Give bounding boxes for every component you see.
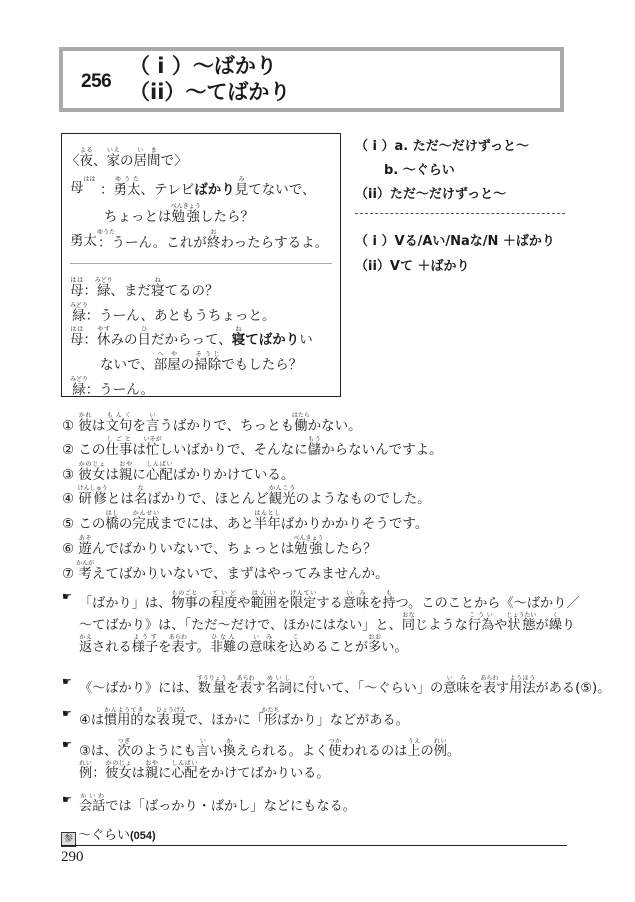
example-number: ⑤ bbox=[62, 516, 78, 532]
dialog-setting: 〈夜よる、家いえの居間いまで〉 bbox=[66, 147, 188, 169]
pointing-hand-icon: ☛ bbox=[62, 708, 72, 719]
meaning-i-b: b. ～ぐらい bbox=[384, 159, 455, 178]
example-sentence: ⑥ 遊あそんでばかりいないで、ちょっとは勉強べんきょうしたら？ bbox=[62, 535, 377, 557]
entry-title-line-2: （ii）～てばかり bbox=[129, 79, 290, 105]
dialog-line: 勇太ゆうた：うーん。これが終おわったらするよ。 bbox=[70, 229, 115, 249]
dialog-box: 〈夜よる、家いえの居間いまで〉 母はは：勇太ゆうた、テレビばかり見みてないで、 … bbox=[61, 133, 341, 397]
dialog-line: 母はは：休やすみの日ひだからって、寝ねてばかりい bbox=[70, 326, 313, 348]
example-sentence: ⑤ この橋はしの完成かんせいまでには、あと半年はんとしばかりかかりそうです。 bbox=[62, 510, 428, 532]
example-number: ③ bbox=[62, 467, 78, 483]
example-sentence: ④ 研修けんしゅうとは名なばかりで、ほとんど観光かんこうのようなものでした。 bbox=[62, 485, 431, 507]
note-line: 会話かいわでは「ばっかり・ばかし」などにもなる。 bbox=[79, 793, 356, 813]
form-i: （ i ）Vる/Aい/Naな/N ＋ばかり bbox=[355, 230, 555, 249]
example-sentence: ③ 彼女かのじょは親おやに心配しんぱいばかりかけている。 bbox=[62, 461, 294, 483]
dialog-line: 母はは：勇太ゆうた、テレビばかり見みてないで、 bbox=[70, 176, 96, 196]
note-line: 《～ばかり》には、数量すうりょうを表あらわす名詞めいしに付ついて、「～ぐらい」の… bbox=[79, 675, 610, 695]
example-sentence: ② この仕事しごとは忙いそがしいばかりで、そんなに儲もうからないんですよ。 bbox=[62, 436, 443, 458]
meaning-ii: （ii）ただ～だけずっと～ bbox=[355, 183, 506, 202]
dialog-line: 母はは：緑みどり、まだ寝ねてるの？ bbox=[70, 277, 219, 299]
form-ii: （ii）Vて ＋ばかり bbox=[355, 255, 470, 274]
note-line: 例れい：彼女かのじょは親おやに心配しんぱいをかけてばかりいる。 bbox=[79, 760, 330, 780]
example-sentence: ① 彼かれは文句もんくを言いうばかりで、ちっとも働はたらかない。 bbox=[62, 412, 362, 434]
note-line: 「ばかり」は、物事ものごとの程度ていどや範囲はんいを限定げんていする意味いみを持… bbox=[79, 590, 580, 610]
example-sentence: ⑦ 考かんがえてばかりいないで、まずはやってみませんか。 bbox=[62, 560, 389, 582]
entry-title-line-1: （ i ）～ばかり bbox=[129, 53, 290, 79]
page-number: 290 bbox=[61, 849, 84, 866]
pointing-hand-icon: ☛ bbox=[62, 794, 72, 805]
example-number: ② bbox=[62, 442, 78, 458]
entry-title-box: 256 （ i ）～ばかり （ii）～てばかり bbox=[59, 47, 564, 112]
dialog-line: 緑みどり：うーん、あともうちょっと。 bbox=[70, 302, 276, 324]
dialog-divider bbox=[70, 263, 332, 264]
entry-title: （ i ）～ばかり （ii）～てばかり bbox=[129, 53, 290, 105]
note-line: ～てばかり》は、「ただ～だけで、ほかにはない」と、同おなじような行為こういや状態… bbox=[79, 612, 575, 632]
example-number: ④ bbox=[62, 491, 78, 507]
example-number: ① bbox=[62, 418, 78, 434]
reference-link[interactable]: 参～ぐらい(054) bbox=[61, 824, 156, 847]
dialog-line: 緑みどり：うーん。 bbox=[70, 376, 154, 398]
note-line: 返かえされる様子ようすを表あらわす。非難ひなんの意味いみを込こめることが多おおい… bbox=[79, 634, 408, 654]
meaning-i-a: （ i ）a. ただ～だけずっと～ bbox=[355, 135, 529, 154]
pattern-divider bbox=[355, 213, 565, 214]
footer-rule bbox=[61, 845, 567, 846]
entry-number: 256 bbox=[81, 71, 111, 93]
pointing-hand-icon: ☛ bbox=[62, 739, 72, 750]
note-line: ④は慣用的かんようてきな表現ひょうげんで、ほかに「形かたちばかり」などがある。 bbox=[79, 707, 409, 727]
example-number: ⑥ bbox=[62, 541, 78, 557]
pointing-hand-icon: ☛ bbox=[62, 591, 72, 602]
note-line: ③は、次つぎのようにも言いい換かえられる。よく使つかわれるのは上うえの例れい。 bbox=[79, 738, 460, 758]
pointing-hand-icon: ☛ bbox=[62, 676, 72, 687]
